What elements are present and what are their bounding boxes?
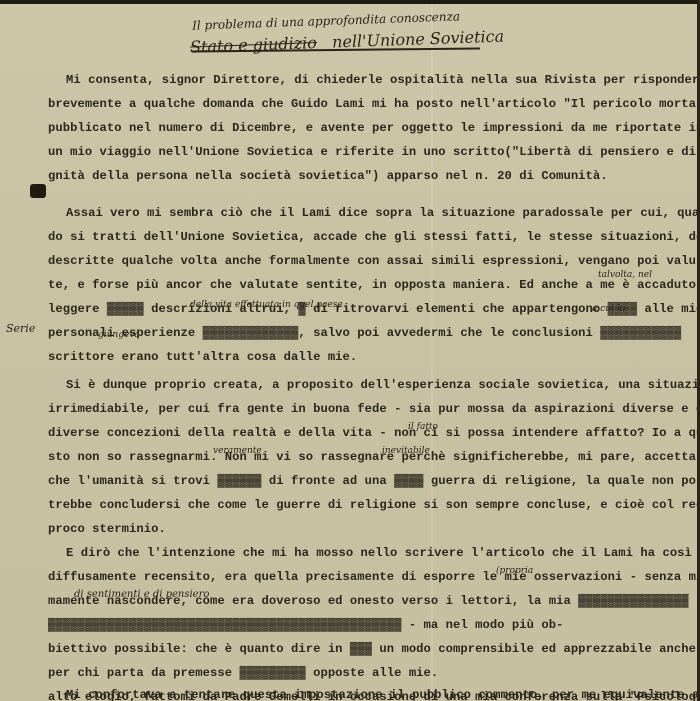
ink-blot (30, 184, 46, 198)
typed-line: trebbe concludersi che come le guerre di… (48, 498, 700, 512)
document-page: Il problema di una approfondita conoscen… (0, 4, 697, 701)
typed-line: E dirò che l'intenzione che mi ha mosso … (66, 546, 692, 560)
annotation-di-sentimenti: di sentimenti e di pensiero (74, 589, 209, 600)
annotation-accaduto: talvolta, nel (598, 270, 652, 280)
typed-line: personali esperienze ▓▓▓▓▓▓▓▓▓▓▓▓▓, salv… (48, 326, 681, 340)
annotation-della-vita: della vita effettuata in quel paese (190, 300, 343, 310)
annotation-a-cui-lo: a cui lo (592, 304, 625, 314)
annotation-inevitabile: inevitabile (382, 446, 430, 456)
typed-line: Assai vero mi sembra ciò che il Lami dic… (66, 206, 700, 220)
typed-line: Mi consenta, signor Direttore, di chiede… (66, 73, 700, 87)
typed-line: per chi parta da premesse ▓▓▓▓▓▓▓▓▓ oppo… (48, 666, 438, 680)
typed-line: do si tratti dell'Unione Sovietica, acca… (48, 230, 700, 244)
typed-line: scrittore erano tutt'altra cosa dalle mi… (48, 350, 357, 364)
typed-line: pubblicato nel numero di Dicembre, e ave… (48, 121, 700, 135)
margin-annotation: Serie (6, 322, 35, 335)
typed-line: gnità della persona nella società soviet… (48, 169, 608, 183)
typed-line: biettivo possibile: che è quanto dire in… (48, 642, 696, 656)
typed-line: ▓▓▓▓▓▓▓▓▓▓▓▓▓▓▓▓▓▓▓▓▓▓▓▓▓▓▓▓▓▓▓▓▓▓▓▓▓▓▓▓… (48, 618, 563, 632)
typed-line: diverse concezioni della realtà e della … (48, 426, 700, 440)
typed-line: un mio viaggio nell'Unione Sovietica e r… (48, 145, 700, 159)
typed-line: diffusamente recensito, era quella preci… (48, 570, 700, 584)
typed-line: sto non so rassegnarmi. Non mi vi so ras… (48, 450, 700, 464)
struck-title-words: Stato e giudizio (190, 33, 317, 56)
typed-line: che l'umanità si trovi ▓▓▓▓▓▓ di fronte … (48, 474, 700, 488)
top-edge (0, 0, 700, 4)
typed-line: te, e forse più ancor che valutate senti… (48, 278, 696, 292)
typed-line: irrimediabile, per cui fra gente in buon… (48, 402, 700, 416)
typed-line: descritte qualche volta anche formalment… (48, 254, 700, 268)
typed-line: brevemente a qualche domanda che Guido L… (48, 97, 700, 111)
annotation-giungeva: giungeva (98, 330, 140, 340)
typed-line: Si è dunque proprio creata, a proposito … (66, 378, 700, 392)
annotation-il-fatto: il fatto (408, 422, 438, 432)
typed-line: proco sterminio. (48, 522, 166, 536)
annotation-veramente: veramente (213, 446, 262, 456)
annotation-propria: (propria (496, 566, 533, 576)
last-typed-line: alto elogio, fattomi da Padre Gemelli in… (48, 690, 700, 701)
